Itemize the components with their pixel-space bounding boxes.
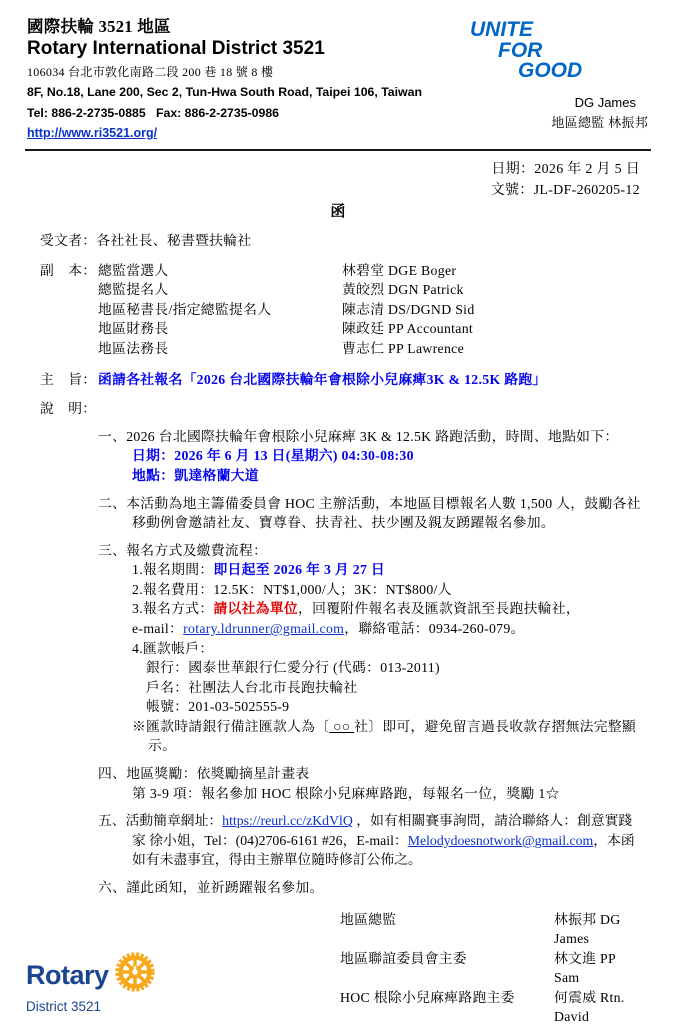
subject-label: 主 旨： <box>40 370 98 390</box>
account-name-line: 戶名：社團法人台北市長跑扶輪社 <box>146 678 642 698</box>
explain-item-6: 六、謹此函知，並祈踴躍報名參加。 <box>40 878 642 898</box>
recipient-value: 各社社長、秘書暨扶輪社 <box>96 231 251 251</box>
address-zh: 106034 台北市敦化南路二段 200 巷 18 號 8 樓 <box>27 64 457 81</box>
signature-role: HOC 根除小兒麻痺路跑主委 <box>340 988 554 1024</box>
email-label: e-mail： <box>132 621 183 636</box>
unite-for-good-logo: UNITE FOR GOOD <box>470 20 650 82</box>
cc-name: 黃皎烈 DGN Patrick <box>342 280 464 300</box>
signature-name: 林文進 PP Sam <box>554 949 642 988</box>
item-text: 謹此函知，並祈踴躍報名參加。 <box>126 880 323 895</box>
cc-row: 地區法務長 曹志仁 PP Lawrence <box>98 339 642 359</box>
sub-label: 3.報名方式： <box>132 601 213 616</box>
item-prefix: 一、 <box>98 429 126 444</box>
item-prefix: 四、 <box>98 766 126 781</box>
rotary-district-logo: Rotary District 3521 <box>26 951 156 1016</box>
cc-row: 總監當選人 林碧堂 DGE Boger <box>98 261 642 281</box>
address-en: 8F, No.18, Lane 200, Sec 2, Tun-Hwa Sout… <box>27 84 457 101</box>
item-text: 活動簡章網址： <box>126 813 223 828</box>
letter-page: 國際扶輪 3521 地區 Rotary International Distri… <box>0 0 676 1024</box>
doc-number: 文號：JL-DF-260205-12 <box>0 180 640 201</box>
explain-item-1: 一、2026 台北國際扶輪年會根除小兒麻痺 3K & 12.5K 路跑活動，時間… <box>40 427 642 486</box>
cc-rows: 總監當選人 林碧堂 DGE Boger 總監提名人 黃皎烈 DGN Patric… <box>98 261 642 359</box>
subject-line: 主 旨： 函請各社報名「2026 台北國際扶輪年會根除小兒麻痺3K & 12.5… <box>40 370 642 390</box>
rotary-wordmark: Rotary <box>26 962 109 989</box>
bank-line: 銀行：國泰世華銀行仁愛分行 (代碼：013-2011) <box>146 658 642 678</box>
rotary-wheel-icon <box>114 951 156 999</box>
explain-item-5: 五、活動簡章網址：https://reurl.cc/zKdVlQ ，如有相關賽事… <box>40 811 642 870</box>
item-text: 2026 台北國際扶輪年會根除小兒麻痺 3K & 12.5K 路跑活動，時間、地… <box>126 429 618 444</box>
sub-label: 1.報名期間： <box>132 562 213 577</box>
item-prefix: 六、 <box>98 880 126 895</box>
sub-text: ，回覆附件報名表及匯款資訊至長跑扶輪社， <box>298 601 580 616</box>
item-prefix: 三、 <box>98 543 126 558</box>
district-label: District 3521 <box>26 997 156 1016</box>
item-text: 本活動為地主籌備委員會 HOC 主辦活動，本地區目標報名人數 1,500 人，鼓… <box>126 496 641 531</box>
cc-name: 陳志清 DS/DGND Sid <box>342 300 475 320</box>
slogan-line: UNITE <box>470 20 650 41</box>
signature-block: 地區總監 林振邦 DG James 地區聯誼委員會主委 林文進 PP Sam H… <box>340 910 642 1024</box>
cc-row: 地區財務長 陳政廷 PP Accountant <box>98 319 642 339</box>
event-brochure-link[interactable]: https://reurl.cc/zKdVlQ <box>222 813 353 828</box>
slogan-line: GOOD <box>518 61 650 82</box>
slogan-line: FOR <box>498 41 650 62</box>
cc-label: 副 本： <box>40 261 98 359</box>
org-name-en: Rotary International District 3521 <box>27 37 457 61</box>
remittance-note: ※匯款時請銀行備註匯款人為〔 ○○ 社〕即可，避免留言過長收款存摺無法完整顯示。 <box>132 717 642 756</box>
per-club-emphasis: 請以社為單位 <box>213 601 298 616</box>
event-date-line: 日期：2026 年 6 月 13 日(星期六) 04:30-08:30 <box>132 446 642 466</box>
governor-title-zh: 地區總監 林振邦 <box>470 114 650 132</box>
header-divider <box>25 149 651 151</box>
club-name-blank: ○○ <box>329 719 354 734</box>
letterhead-right: UNITE FOR GOOD DG James 地區總監 林振邦 <box>470 16 650 143</box>
cc-role: 總監提名人 <box>98 280 342 300</box>
cc-row: 總監提名人 黃皎烈 DGN Patrick <box>98 280 642 300</box>
letterhead-left: 國際扶輪 3521 地區 Rotary International Distri… <box>27 16 457 143</box>
cc-role: 地區法務長 <box>98 339 342 359</box>
governor-title-en: DG James <box>470 94 650 112</box>
registration-period-value: 即日起至 2026 年 3 月 27 日 <box>213 562 385 577</box>
registration-email-line: e-mail：rotary.ldrunner@gmail.com，聯絡電話：09… <box>132 619 642 639</box>
registration-fee-line: 2.報名費用：12.5K：NT$1,000/人；3K：NT$800/人 <box>132 580 642 600</box>
explain-item-3: 三、報名方式及繳費流程： 1.報名期間：即日起至 2026 年 3 月 27 日… <box>40 541 642 756</box>
cc-role: 地區秘書長/指定總監提名人 <box>98 300 342 320</box>
signature-name: 何震威 Rtn. David <box>554 988 642 1024</box>
org-name-zh: 國際扶輪 3521 地區 <box>27 16 457 37</box>
explain-item-2: 二、本活動為地主籌備委員會 HOC 主辦活動，本地區目標報名人數 1,500 人… <box>40 494 642 533</box>
rotary-logo-top: Rotary <box>26 951 156 999</box>
award-line: 第 3-9 項：報名參加 HOC 根除小兒麻痺路跑，每報名一位，獎勵 1☆ <box>132 784 642 804</box>
item-text: 地區獎勵：依獎勵摘星計畫表 <box>126 766 309 781</box>
explain-item-4: 四、地區獎勵：依獎勵摘星計畫表 第 3-9 項：報名參加 HOC 根除小兒麻痺路… <box>40 764 642 803</box>
item-prefix: 五、 <box>98 813 126 828</box>
cc-name: 陳政廷 PP Accountant <box>342 319 473 339</box>
recipient-label: 受文者： <box>40 231 96 251</box>
cc-row: 地區秘書長/指定總監提名人 陳志清 DS/DGND Sid <box>98 300 642 320</box>
signature-name: 林振邦 DG James <box>554 910 642 949</box>
signature-row: 地區聯誼委員會主委 林文進 PP Sam <box>340 949 642 988</box>
letter-body: 受文者：各社社長、秘書暨扶輪社 副 本： 總監當選人 林碧堂 DGE Boger… <box>0 231 676 1024</box>
remittance-account-head: 4.匯款帳戶： <box>132 639 642 659</box>
doc-date: 日期：2026 年 2 月 5 日 <box>0 159 640 180</box>
event-place-line: 地點：凱達格蘭大道 <box>132 466 642 486</box>
registration-email-link[interactable]: rotary.ldrunner@gmail.com <box>183 621 344 636</box>
doc-title: 函 <box>0 202 676 223</box>
cc-role: 總監當選人 <box>98 261 342 281</box>
cc-block: 副 本： 總監當選人 林碧堂 DGE Boger 總監提名人 黃皎烈 DGN P… <box>40 261 642 359</box>
item-text: 報名方式及繳費流程： <box>126 543 267 558</box>
letterhead: 國際扶輪 3521 地區 Rotary International Distri… <box>0 0 676 143</box>
registration-period-line: 1.報名期間：即日起至 2026 年 3 月 27 日 <box>132 560 642 580</box>
cc-role: 地區財務長 <box>98 319 342 339</box>
cc-name: 曹志仁 PP Lawrence <box>342 339 464 359</box>
item-prefix: 二、 <box>98 496 126 511</box>
signature-row: 地區總監 林振邦 DG James <box>340 910 642 949</box>
tel-fax: Tel: 886-2-2735-0885 Fax: 886-2-2735-098… <box>27 105 457 122</box>
cc-name: 林碧堂 DGE Boger <box>342 261 456 281</box>
website-link[interactable]: http://www.ri3521.org/ <box>27 125 157 143</box>
subject-value: 函請各社報名「2026 台北國際扶輪年會根除小兒麻痺3K & 12.5K 路跑」 <box>98 370 547 390</box>
registration-method-line: 3.報名方式：請以社為單位，回覆附件報名表及匯款資訊至長跑扶輪社， <box>132 599 642 619</box>
contact-email-link[interactable]: Melodydoesnotwork@gmail.com <box>408 833 594 848</box>
signature-role: 地區總監 <box>340 910 554 949</box>
contact-phone: ，聯絡電話：0934-260-079。 <box>344 621 524 636</box>
account-number-line: 帳號：201-03-502555-9 <box>146 697 642 717</box>
signature-row: HOC 根除小兒麻痺路跑主委 何震威 Rtn. David <box>340 988 642 1024</box>
recipient-line: 受文者：各社社長、秘書暨扶輪社 <box>40 231 642 251</box>
signature-role: 地區聯誼委員會主委 <box>340 949 554 988</box>
explain-label: 說 明： <box>40 399 642 419</box>
note-text: ※匯款時請銀行備註匯款人為〔 <box>132 719 329 734</box>
doc-meta: 日期：2026 年 2 月 5 日 文號：JL-DF-260205-12 <box>0 159 676 201</box>
